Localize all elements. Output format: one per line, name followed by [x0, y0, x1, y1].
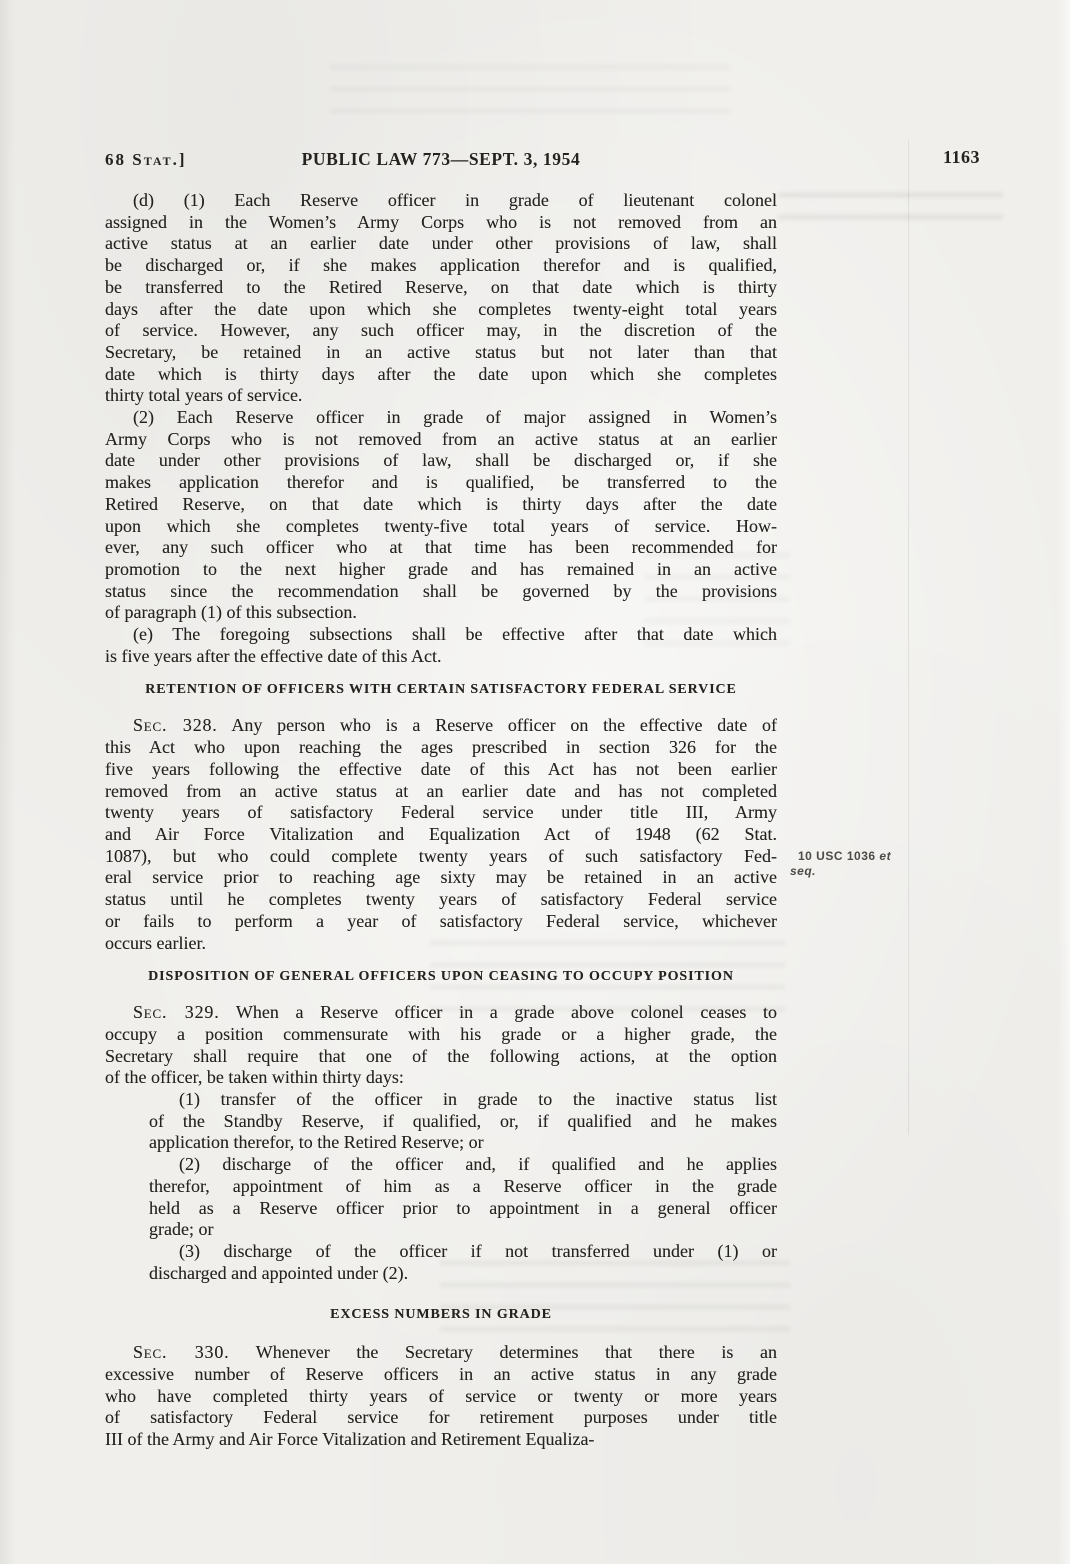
paragraph-2: (2) Each Reserve officer in grade of maj…: [105, 407, 777, 624]
section-330: Sec. 330. Whenever the Secretary determi…: [105, 1342, 777, 1451]
section-328-number: Sec. 328.: [133, 715, 218, 735]
list-item-1: (1) transfer of the officer in grade to …: [149, 1089, 777, 1154]
section-329-first-line: Sec. 329. When a Reserve officer in a gr…: [105, 1002, 777, 1024]
margin-note-text: 10 USC 1036: [798, 849, 879, 863]
scan-line-artifact: [908, 140, 909, 1135]
bleed-through-artifact: [778, 180, 1003, 224]
list-item-2: (2) discharge of the officer and, if qua…: [149, 1154, 777, 1241]
section-heading-retention: RETENTION OF OFFICERS WITH CERTAIN SATIS…: [105, 681, 777, 699]
bleed-through-artifact: [330, 52, 730, 130]
section-328-first-line: Sec. 328. Any person who is a Reserve of…: [105, 715, 777, 737]
running-head: PUBLIC LAW 773—SEPT. 3, 1954: [105, 149, 777, 170]
section-330-first-line: Sec. 330. Whenever the Secretary determi…: [105, 1342, 777, 1364]
section-330-number: Sec. 330.: [133, 1342, 229, 1362]
margin-note-citation: 10 USC 1036 et seq.: [790, 849, 910, 878]
page-number: 1163: [800, 147, 980, 168]
paragraph-e: (e) The foregoing subsections shall be e…: [105, 624, 777, 667]
section-heading-excess: EXCESS NUMBERS IN GRADE: [105, 1306, 777, 1324]
list-item-3: (3) discharge of the officer if not tran…: [149, 1241, 777, 1284]
document-page: 68 Stat.] PUBLIC LAW 773—SEPT. 3, 1954 1…: [0, 0, 1070, 1564]
section-329: Sec. 329. When a Reserve officer in a gr…: [105, 1002, 777, 1089]
section-heading-disposition: DISPOSITION OF GENERAL OFFICERS UPON CEA…: [105, 968, 777, 986]
section-329-number: Sec. 329.: [133, 1002, 220, 1022]
text-column: (d) (1) Each Reserve officer in grade of…: [105, 190, 777, 1451]
paragraph-d-1: (d) (1) Each Reserve officer in grade of…: [105, 190, 777, 407]
section-328: Sec. 328. Any person who is a Reserve of…: [105, 715, 777, 954]
